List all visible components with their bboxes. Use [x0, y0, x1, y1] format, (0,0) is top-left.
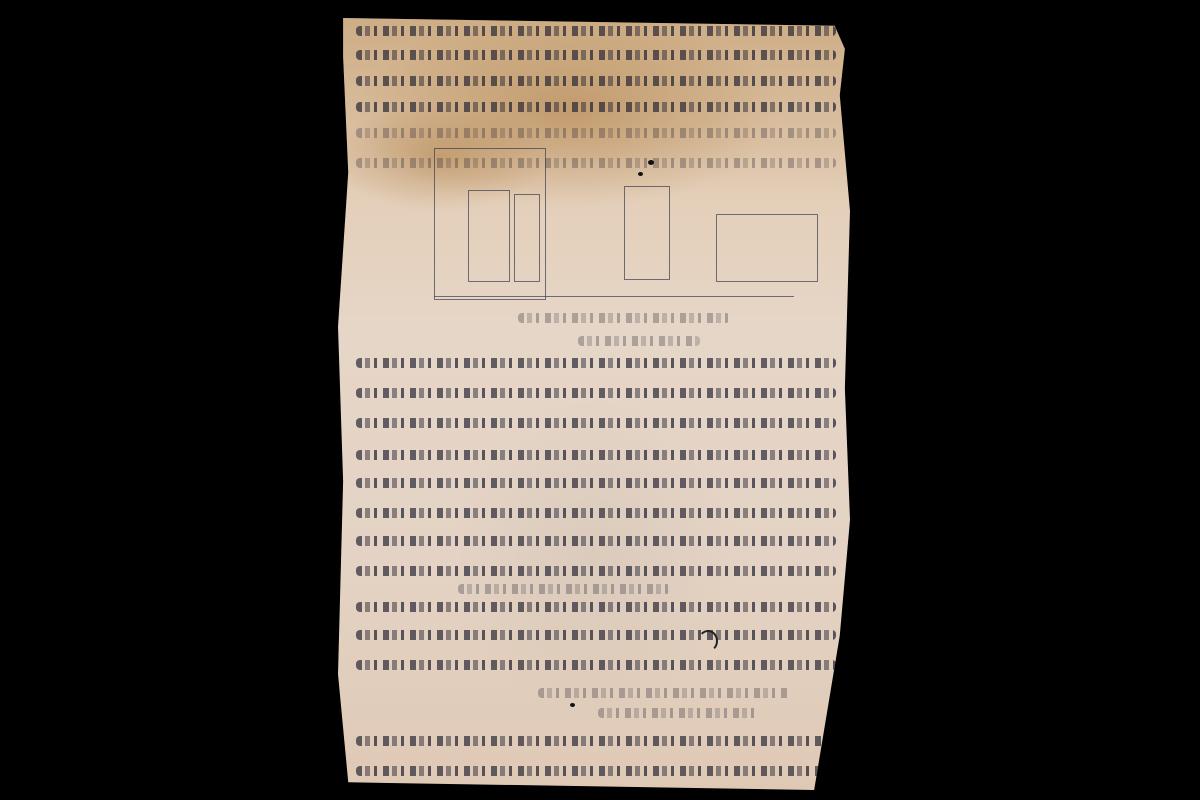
ink-blot [570, 703, 575, 707]
plan-room [468, 190, 510, 282]
script-line [356, 102, 836, 112]
script-line [578, 336, 700, 346]
plan-room [624, 186, 670, 280]
script-line [356, 602, 836, 612]
script-line [356, 478, 836, 488]
script-line [356, 158, 836, 168]
manuscript-sheet [338, 18, 850, 790]
script-line [356, 566, 836, 576]
script-line [356, 128, 836, 138]
script-line [356, 660, 836, 670]
script-line [356, 450, 836, 460]
plan-room [514, 194, 540, 282]
plan-baseline [434, 296, 794, 297]
ink-blot [638, 172, 643, 176]
script-line [356, 736, 836, 746]
script-line [356, 76, 836, 86]
plan-room [716, 214, 818, 282]
ink-blot [648, 160, 654, 165]
script-line [518, 313, 730, 323]
script-line [458, 584, 670, 594]
script-line [598, 708, 760, 718]
script-line [356, 26, 836, 36]
script-line [356, 358, 836, 368]
script-line [356, 508, 836, 518]
script-line [356, 50, 836, 60]
script-line [538, 688, 790, 698]
script-line [356, 388, 836, 398]
ink-stroke [698, 630, 718, 652]
script-line [356, 418, 836, 428]
script-line [356, 536, 836, 546]
script-line [356, 766, 836, 776]
script-line [356, 630, 836, 640]
